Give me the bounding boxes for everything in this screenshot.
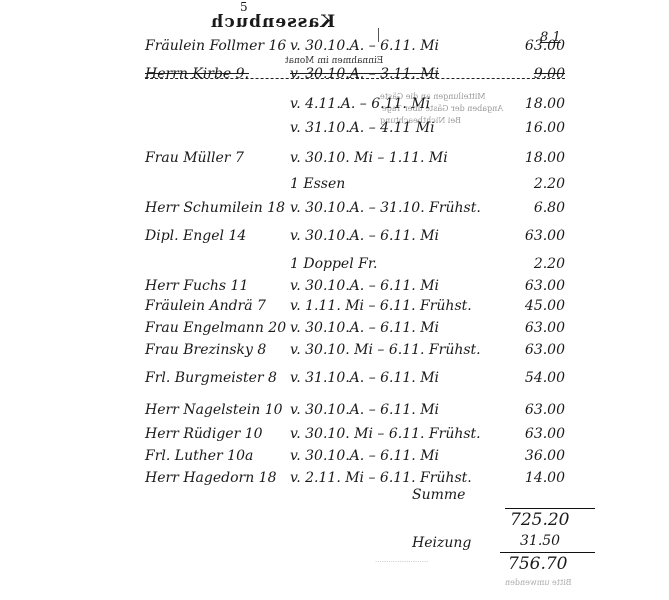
entry-name: Frau Müller 7 bbox=[145, 150, 244, 166]
ledger-row: Frl. Burgmeister 8v. 31.10.A. – 6.11. Mi… bbox=[0, 370, 669, 392]
ledger-row: Frl. Luther 10av. 30.10.A. – 6.11. Mi36.… bbox=[0, 448, 669, 470]
entry-period: v. 30.10.A. – 6.11. Mi bbox=[290, 278, 439, 294]
entry-name: Herr Fuchs 11 bbox=[145, 278, 248, 294]
faint-footer: Bitte umwenden bbox=[505, 578, 572, 587]
entry-amount: 16.00 bbox=[505, 120, 565, 136]
entry-period: v. 2.11. Mi – 6.11. Frühst. bbox=[290, 470, 472, 486]
entry-amount: 63.00 bbox=[505, 320, 565, 336]
entry-name: Dipl. Engel 14 bbox=[145, 228, 246, 244]
ledger-row: Fräulein Follmer 16v. 30.10.A. – 6.11. M… bbox=[0, 38, 669, 60]
grand-total: 756.70 bbox=[508, 554, 567, 574]
entry-period: v. 30.10.A. – 6.11. Mi bbox=[290, 448, 439, 464]
entry-name: Frau Brezinsky 8 bbox=[145, 342, 266, 358]
entry-name: Frl. Burgmeister 8 bbox=[145, 370, 277, 386]
entry-period: v. 31.10.A. – 4.11 Mi bbox=[290, 120, 435, 136]
entry-amount: 45.00 bbox=[505, 298, 565, 314]
entry-name: Herr Rüdiger 10 bbox=[145, 426, 263, 442]
ledger-page: 5 Kassenbuch 8 1 Einnahmen im Monat Mitt… bbox=[0, 0, 669, 600]
ledger-row: Herr Schumilein 18v. 30.10.A. – 31.10. F… bbox=[0, 200, 669, 222]
entry-amount: 54.00 bbox=[505, 370, 565, 386]
entry-amount: 63.00 bbox=[505, 342, 565, 358]
strike-line bbox=[145, 78, 565, 79]
entry-period: v. 30.10. Mi – 6.11. Frühst. bbox=[290, 342, 481, 358]
entry-name: Frau Engelmann 20 bbox=[145, 320, 286, 336]
subtotal-value: 725.20 bbox=[510, 510, 569, 530]
ledger-row: v. 31.10.A. – 4.11 Mi16.00 bbox=[0, 120, 669, 142]
entry-period: v. 30.10.A. – 6.11. Mi bbox=[290, 38, 439, 54]
ledger-row: Herr Fuchs 11v. 30.10.A. – 6.11. Mi63.00 bbox=[0, 278, 669, 300]
entry-amount: 63.00 bbox=[505, 426, 565, 442]
entry-amount: 14.00 bbox=[505, 470, 565, 486]
entry-name: Fräulein Follmer 16 bbox=[145, 38, 286, 54]
entry-amount: 9.00 bbox=[505, 66, 565, 82]
entry-name: Herr Nagelstein 10 bbox=[145, 402, 283, 418]
entry-name: Herrn Kirbe 9. bbox=[145, 66, 249, 82]
ledger-row: Frau Müller 7v. 30.10. Mi – 1.11. Mi18.0… bbox=[0, 150, 669, 172]
entry-amount: 18.00 bbox=[505, 150, 565, 166]
entry-name: Frl. Luther 10a bbox=[145, 448, 253, 464]
entry-amount: 63.00 bbox=[505, 278, 565, 294]
ledger-row: Fräulein Andrä 7v. 1.11. Mi – 6.11. Früh… bbox=[0, 298, 669, 320]
faint-dots: ........................ bbox=[375, 556, 428, 564]
entry-period: v. 30.10.A. – 6.11. Mi bbox=[290, 402, 439, 418]
ledger-row: v. 4.11.A. – 6.11. Mi18.00 bbox=[0, 96, 669, 118]
entry-amount: 63.00 bbox=[505, 38, 565, 54]
sum-line bbox=[505, 508, 595, 509]
ledger-row: Herr Hagedorn 18v. 2.11. Mi – 6.11. Früh… bbox=[0, 470, 669, 492]
entry-amount: 18.00 bbox=[505, 96, 565, 112]
entry-period: v. 30.10. Mi – 6.11. Frühst. bbox=[290, 426, 481, 442]
ledger-row: Dipl. Engel 14v. 30.10.A. – 6.11. Mi63.0… bbox=[0, 228, 669, 250]
entry-period: v. 4.11.A. – 6.11. Mi bbox=[290, 96, 430, 112]
entry-name: Fräulein Andrä 7 bbox=[145, 298, 266, 314]
entry-amount: 6.80 bbox=[505, 200, 565, 216]
heating-label: Heizung bbox=[412, 535, 471, 551]
ledger-row: Herr Rüdiger 10v. 30.10. Mi – 6.11. Früh… bbox=[0, 426, 669, 448]
entry-name: Herr Hagedorn 18 bbox=[145, 470, 277, 486]
entry-amount: 2.20 bbox=[505, 176, 565, 192]
entry-amount: 63.00 bbox=[505, 228, 565, 244]
entry-amount: 2.20 bbox=[505, 256, 565, 272]
entry-period: v. 30.10.A. – 6.11. Mi bbox=[290, 320, 439, 336]
entry-period: v. 31.10.A. – 6.11. Mi bbox=[290, 370, 439, 386]
header-stamp: Kassenbuch bbox=[210, 12, 335, 32]
entry-amount: 63.00 bbox=[505, 402, 565, 418]
ledger-row: Herr Nagelstein 10v. 30.10.A. – 6.11. Mi… bbox=[0, 402, 669, 424]
ledger-row: Herrn Kirbe 9.v. 30.10.A. – 3.11. Mi9.00 bbox=[0, 66, 669, 88]
ledger-row: 1 Doppel Fr.2.20 bbox=[0, 256, 669, 278]
entry-period: v. 30.10.A. – 3.11. Mi bbox=[290, 66, 439, 82]
entry-period: v. 1.11. Mi – 6.11. Frühst. bbox=[290, 298, 472, 314]
entry-period: 1 Essen bbox=[290, 176, 345, 192]
entry-name: Herr Schumilein 18 bbox=[145, 200, 285, 216]
ledger-row: Frau Engelmann 20v. 30.10.A. – 6.11. Mi6… bbox=[0, 320, 669, 342]
ledger-row: 1 Essen2.20 bbox=[0, 176, 669, 198]
entry-period: v. 30.10. Mi – 1.11. Mi bbox=[290, 150, 448, 166]
entry-amount: 36.00 bbox=[505, 448, 565, 464]
subtotal-label: Summe bbox=[412, 487, 465, 503]
heating-amount: 31.50 bbox=[520, 533, 560, 549]
ledger-row: Frau Brezinsky 8v. 30.10. Mi – 6.11. Frü… bbox=[0, 342, 669, 364]
entry-period: v. 30.10.A. – 31.10. Frühst. bbox=[290, 200, 481, 216]
sum-line bbox=[500, 552, 595, 553]
entry-period: v. 30.10.A. – 6.11. Mi bbox=[290, 228, 439, 244]
entry-period: 1 Doppel Fr. bbox=[290, 256, 377, 272]
